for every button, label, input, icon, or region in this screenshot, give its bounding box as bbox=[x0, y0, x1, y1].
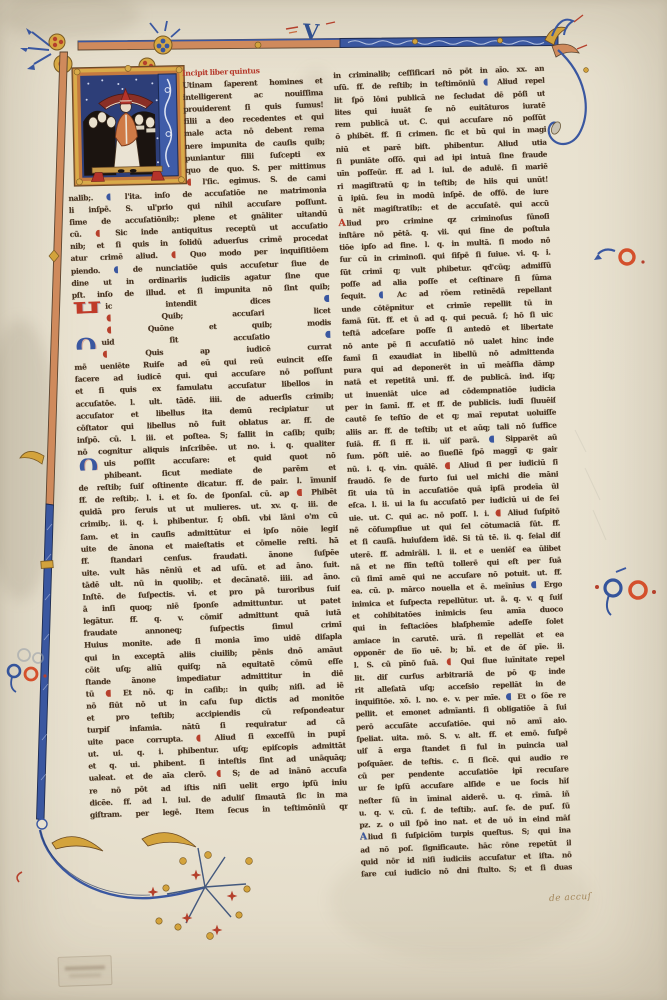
text-column-left: Incipit liber quintusUtinam ſaperent hom… bbox=[64, 63, 348, 821]
bottom-flourish bbox=[17, 819, 252, 939]
margin-mark-right-middle bbox=[595, 568, 656, 615]
col2-lines: in criminalib; ceſſiſicari nō pōt in aīo… bbox=[333, 63, 572, 881]
illuminated-initial: A bbox=[338, 217, 345, 228]
top-right-flourish bbox=[545, 15, 588, 144]
illuminated-initial: Q bbox=[78, 456, 98, 471]
left-border-bar bbox=[20, 52, 68, 820]
top-border-bar bbox=[78, 37, 558, 51]
col1-lines: Incipit liber quintusUtinam ſaperent hom… bbox=[64, 63, 348, 821]
margin-mark-right-upper bbox=[594, 250, 645, 264]
illuminated-initial: H bbox=[72, 299, 102, 314]
text-column-right: in criminalib; ceſſiſicari nō pōt in aīo… bbox=[333, 63, 572, 881]
library-stamp bbox=[57, 955, 112, 987]
show-through-strokes bbox=[575, 430, 606, 540]
illuminated-initial: Q bbox=[75, 335, 96, 350]
illuminated-initial: A bbox=[360, 832, 367, 843]
